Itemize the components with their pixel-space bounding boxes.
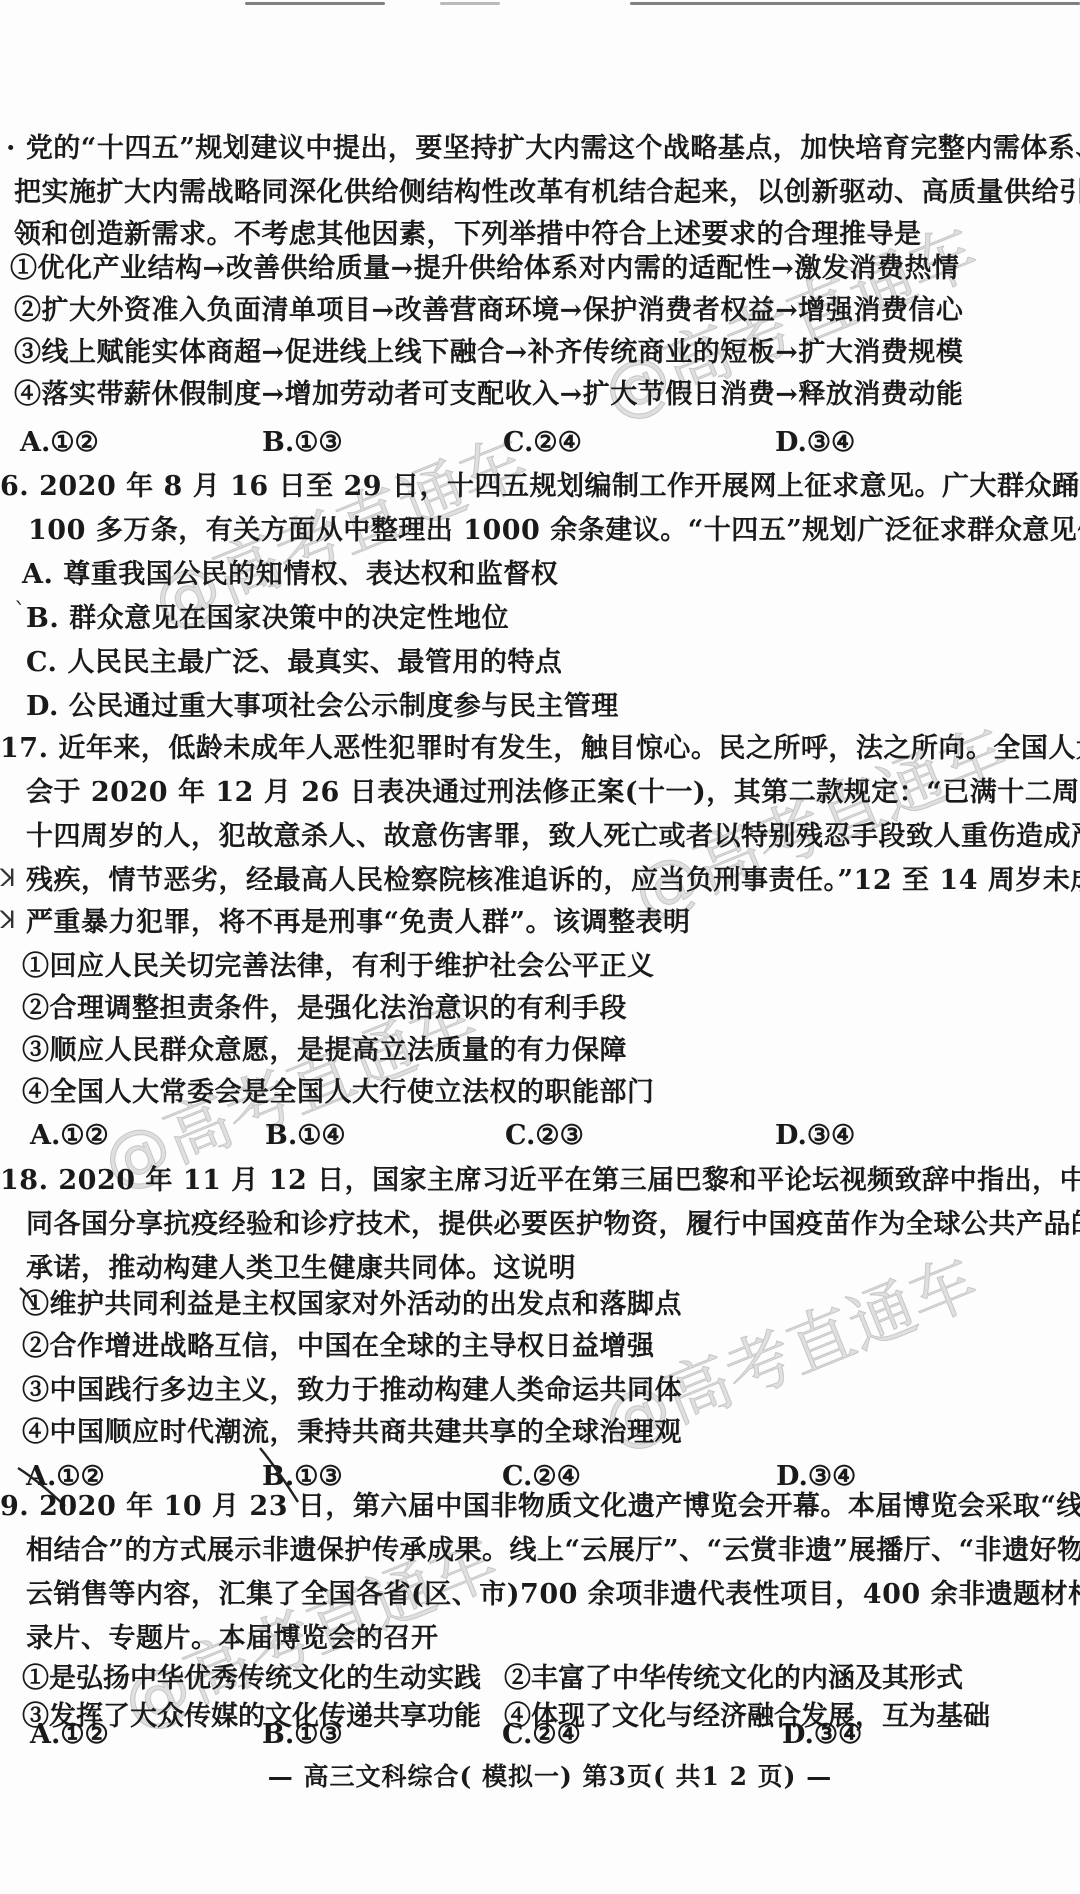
question-number: · [6, 131, 16, 167]
question-stem-line: 残疾，情节恶劣，经最高人民检察院核准追诉的，应当负刑事责任。”12 至 14 周… [26, 863, 1080, 899]
question-stem-line: 领和创造新需求。不考虑其他因素，下列举措中符合上述要求的合理推导是 [14, 217, 922, 253]
question-stem-line: 云销售等内容，汇集了全国各省(区、市)700 余项非遗代表性项目，400 余非遗… [26, 1577, 1080, 1613]
statement-3: ③中国践行多边主义，致力于推动构建人类命运共同体 [22, 1373, 682, 1409]
scan-edge-mark [630, 2, 1080, 5]
option-c[interactable]: C. 人民民主最广泛、最真实、最管用的特点 [26, 645, 562, 681]
stem-text: 2020 年 10 月 23 日，第六届中国非物质文化遗产博览会开幕。本届博览会… [39, 1491, 1080, 1522]
statement-2: ②扩大外资准入负面清单项目→改善营商环境→保护消费者权益→增强消费信心 [14, 293, 963, 329]
scan-edge-mark [245, 2, 385, 5]
option-b[interactable]: B.①③ [262, 1717, 343, 1753]
question-number: 17. [0, 731, 48, 767]
option-b[interactable]: B.①③ [262, 425, 343, 461]
option-c[interactable]: C.②④ [502, 1717, 581, 1753]
option-d[interactable]: D. 公民通过重大事项社会公示制度参与民主管理 [26, 689, 619, 725]
stem-text: 2020 年 11 月 12 日，国家主席习近平在第三届巴黎和平论坛视频致辞中指… [58, 1165, 1080, 1196]
stem-text: 2020 年 8 月 16 日至 29 日，十四五规划编制工作开展网上征求意见。… [39, 471, 1080, 502]
question-stem-line: 把实施扩大内需战略同深化供给侧结构性改革有机结合起来，以创新驱动、高质量供给引 [14, 175, 1080, 211]
question-stem-line: 十四周岁的人，犯故意杀人、故意伤害罪，致人死亡或者以特别残忍手段致人重伤造成严重 [26, 819, 1080, 855]
option-c[interactable]: C.②③ [505, 1118, 584, 1154]
margin-mark: ˋ [14, 598, 26, 626]
question-stem-line: 会于 2020 年 12 月 26 日表决通过刑法修正案(十一)，其第二款规定：… [26, 775, 1080, 811]
question-stem-line: 17. 近年来，低龄未成年人恶性犯罪时有发生，触目惊心。民之所呼，法之所向。全国… [0, 731, 1080, 767]
statement-4: ④全国人大常委会是全国人大行使立法权的职能部门 [22, 1075, 655, 1111]
question-stem-line: · 党的“十四五”规划建议中提出，要坚持扩大内需这个战略基点，加快培育完整内需体… [6, 131, 1080, 167]
option-d[interactable]: D.③④ [782, 1717, 862, 1753]
option-a[interactable]: A.①② [20, 425, 99, 461]
statement-3: ③线上赋能实体商超→促进线上线下融合→补齐传统商业的短板→扩大消费规模 [14, 335, 963, 371]
statement-2: ②合理调整担责条件，是强化法治意识的有利手段 [22, 991, 627, 1027]
statement-4: ④落实带薪休假制度→增加劳动者可支配收入→扩大节假日消费→释放消费动能 [14, 377, 963, 413]
scan-edge-mark [440, 2, 500, 5]
question-stem-line: 6. 2020 年 8 月 16 日至 29 日，十四五规划编制工作开展网上征求… [0, 469, 1080, 505]
question-stem-line: 100 多万条，有关方面从中整理出 1000 余条建议。“十四五”规划广泛征求群… [28, 513, 1080, 549]
statement-1: ①是弘扬中华优秀传统文化的生动实践 [22, 1663, 481, 1694]
option-c[interactable]: C.②④ [503, 425, 582, 461]
statements-row-1: ①是弘扬中华优秀传统文化的生动实践 ②丰富了中华传统文化的内涵及其形式 [22, 1661, 481, 1697]
stem-text: 党的“十四五”规划建议中提出，要坚持扩大内需这个战略基点，加快培育完整内需体系、 [26, 133, 1080, 164]
option-a[interactable]: A. 尊重我国公民的知情权、表达权和监督权 [22, 557, 558, 593]
question-stem-line: 9. 2020 年 10 月 23 日，第六届中国非物质文化遗产博览会开幕。本届… [0, 1489, 1080, 1525]
handwritten-mark [18, 1282, 48, 1312]
question-stem-line: 录片、专题片。本届博览会的召开 [26, 1621, 439, 1657]
statement-2: ②合作增进战略互信，中国在全球的主导权日益增强 [22, 1329, 655, 1365]
statement-1: ①维护共同利益是主权国家对外活动的出发点和落脚点 [22, 1287, 682, 1323]
statement-1: ①回应人民关切完善法律，有利于维护社会公平正义 [22, 949, 655, 985]
option-a[interactable]: A.①② [30, 1118, 109, 1154]
option-d[interactable]: D.③④ [775, 425, 855, 461]
page-footer: — 高三文科综合( 模拟一) 第3页( 共1 2 页) — [0, 1757, 1080, 1793]
question-number: 6. [0, 469, 29, 505]
margin-mark: ꓘ [0, 906, 16, 934]
question-stem-line: 18. 2020 年 11 月 12 日，国家主席习近平在第三届巴黎和平论坛视频… [0, 1163, 1080, 1199]
option-d[interactable]: D.③④ [775, 1118, 855, 1154]
statement-2: ②丰富了中华传统文化的内涵及其形式 [504, 1661, 963, 1697]
option-a[interactable]: A.①② [30, 1717, 109, 1753]
stem-text: 近年来，低龄未成年人恶性犯罪时有发生，触目惊心。民之所呼，法之所向。全国人大常委 [58, 733, 1080, 764]
option-b[interactable]: B. 群众意见在国家决策中的决定性地位 [26, 601, 509, 637]
question-stem-line: 相结合”的方式展示非遗保护传承成果。线上“云展厅”、“云赏非遗”展播厅、“非遗好… [26, 1533, 1080, 1569]
question-stem-line: 严重暴力犯罪，将不再是刑事“免责人群”。该调整表明 [26, 905, 691, 941]
statement-1: ①优化产业结构→改善供给质量→提升供给体系对内需的适配性→激发消费热情 [10, 251, 959, 287]
question-stem-line: 承诺，推动构建人类卫生健康共同体。这说明 [26, 1251, 576, 1287]
option-b[interactable]: B.①④ [265, 1118, 346, 1154]
statement-3: ③顺应人民群众意愿，是提高立法质量的有力保障 [22, 1033, 627, 1069]
question-number: 9. [0, 1489, 29, 1525]
margin-mark: ꓘ [0, 864, 16, 892]
question-number: 18. [0, 1163, 48, 1199]
question-stem-line: 同各国分享抗疫经验和诊疗技术，提供必要医护物资，履行中国疫苗作为全球公共产品的 [26, 1207, 1080, 1243]
